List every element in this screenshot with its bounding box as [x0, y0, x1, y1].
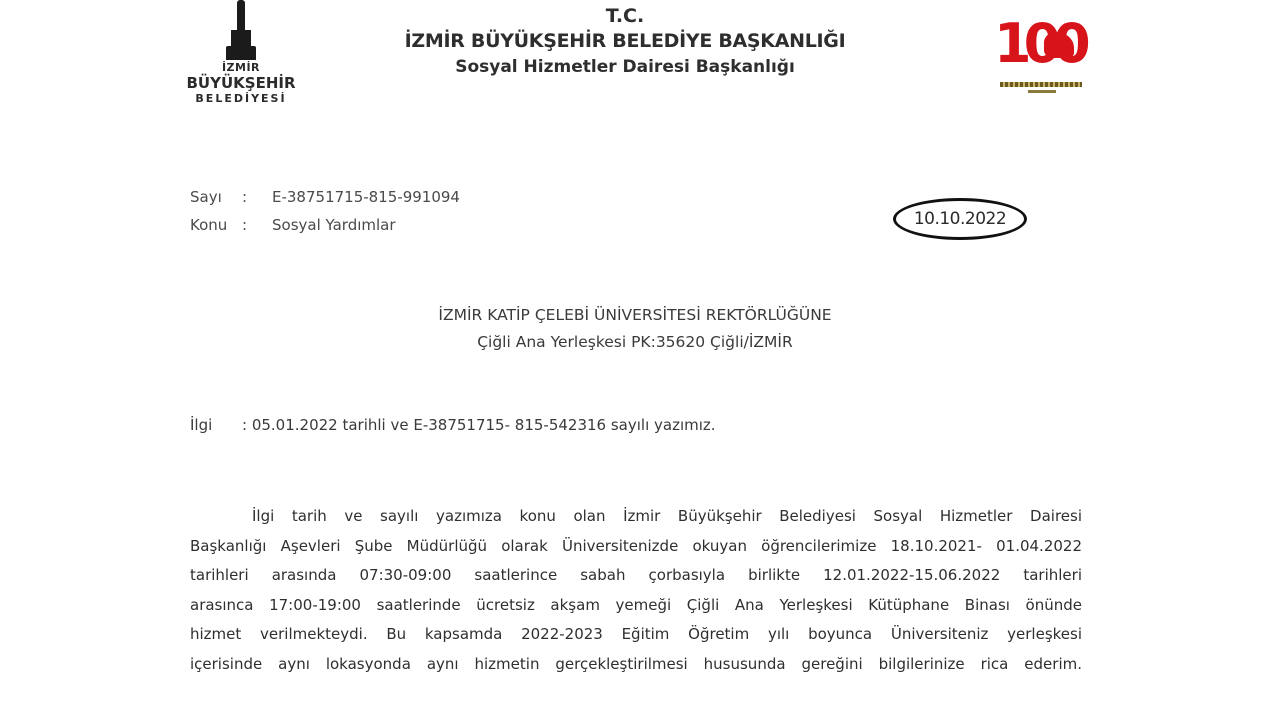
- konu-value: Sosyal Yardımlar: [272, 216, 396, 234]
- body-line: içerisinde aynı lokasyonda aynı hizmetin…: [190, 650, 1082, 680]
- body-line: arasınca 17:00-19:00 saatlerinde ücretsi…: [190, 591, 1082, 621]
- anniversary-100-logo: 100: [994, 14, 1090, 94]
- recipient-address: Çiğli Ana Yerleşkesi PK:35620 Çiğli/İZMİ…: [400, 329, 870, 356]
- logo-text-belediyesi: BELEDİYESİ: [186, 92, 296, 105]
- anniversary-caption-bar: [1000, 82, 1082, 87]
- official-letter-page: İZMİR BÜYÜKŞEHİR BELEDİYESİ T.C. İZMİR B…: [0, 0, 1280, 720]
- body-line: Başkanlığı Aşevleri Şube Müdürlüğü olara…: [190, 532, 1082, 562]
- recipient-block: İZMİR KATİP ÇELEBİ ÜNİVERSİTESİ REKTÖRLÜ…: [400, 302, 870, 356]
- organization-name: İZMİR BÜYÜKŞEHİR BELEDİYE BAŞKANLIĞI: [400, 28, 850, 54]
- recipient-name: İZMİR KATİP ÇELEBİ ÜNİVERSİTESİ REKTÖRLÜ…: [400, 302, 870, 329]
- clock-tower-icon: [226, 0, 256, 62]
- logo-text-izmir: İZMİR: [186, 61, 296, 74]
- ilgi-label: İlgi: [190, 416, 212, 434]
- letterhead-header: T.C. İZMİR BÜYÜKŞEHİR BELEDİYE BAŞKANLIĞ…: [400, 4, 850, 80]
- sayi-value: E-38751715-815-991094: [272, 188, 460, 206]
- konu-label: Konu: [190, 216, 227, 234]
- circled-date: 10.10.2022: [893, 198, 1027, 240]
- ilgi-value: : 05.01.2022 tarihli ve E-38751715- 815-…: [242, 416, 716, 434]
- anniversary-caption-sub: [1028, 90, 1056, 93]
- sayi-label: Sayı: [190, 188, 222, 206]
- body-line: İlgi tarih ve sayılı yazımıza konu olan …: [190, 502, 1082, 532]
- logo-text-buyuksehir: BÜYÜKŞEHİR: [186, 74, 296, 92]
- sayi-colon: :: [242, 188, 247, 206]
- izmir-municipality-logo: İZMİR BÜYÜKŞEHİR BELEDİYESİ: [186, 0, 296, 112]
- tc-heading: T.C.: [400, 4, 850, 28]
- body-line: tarihleri arasında 07:30-09:00 saatlerin…: [190, 561, 1082, 591]
- letter-body: İlgi tarih ve sayılı yazımıza konu olan …: [190, 502, 1082, 679]
- department-name: Sosyal Hizmetler Dairesi Başkanlığı: [400, 54, 850, 80]
- konu-colon: :: [242, 216, 247, 234]
- body-line: hizmet verilmekteydi. Bu kapsamda 2022-2…: [190, 620, 1082, 650]
